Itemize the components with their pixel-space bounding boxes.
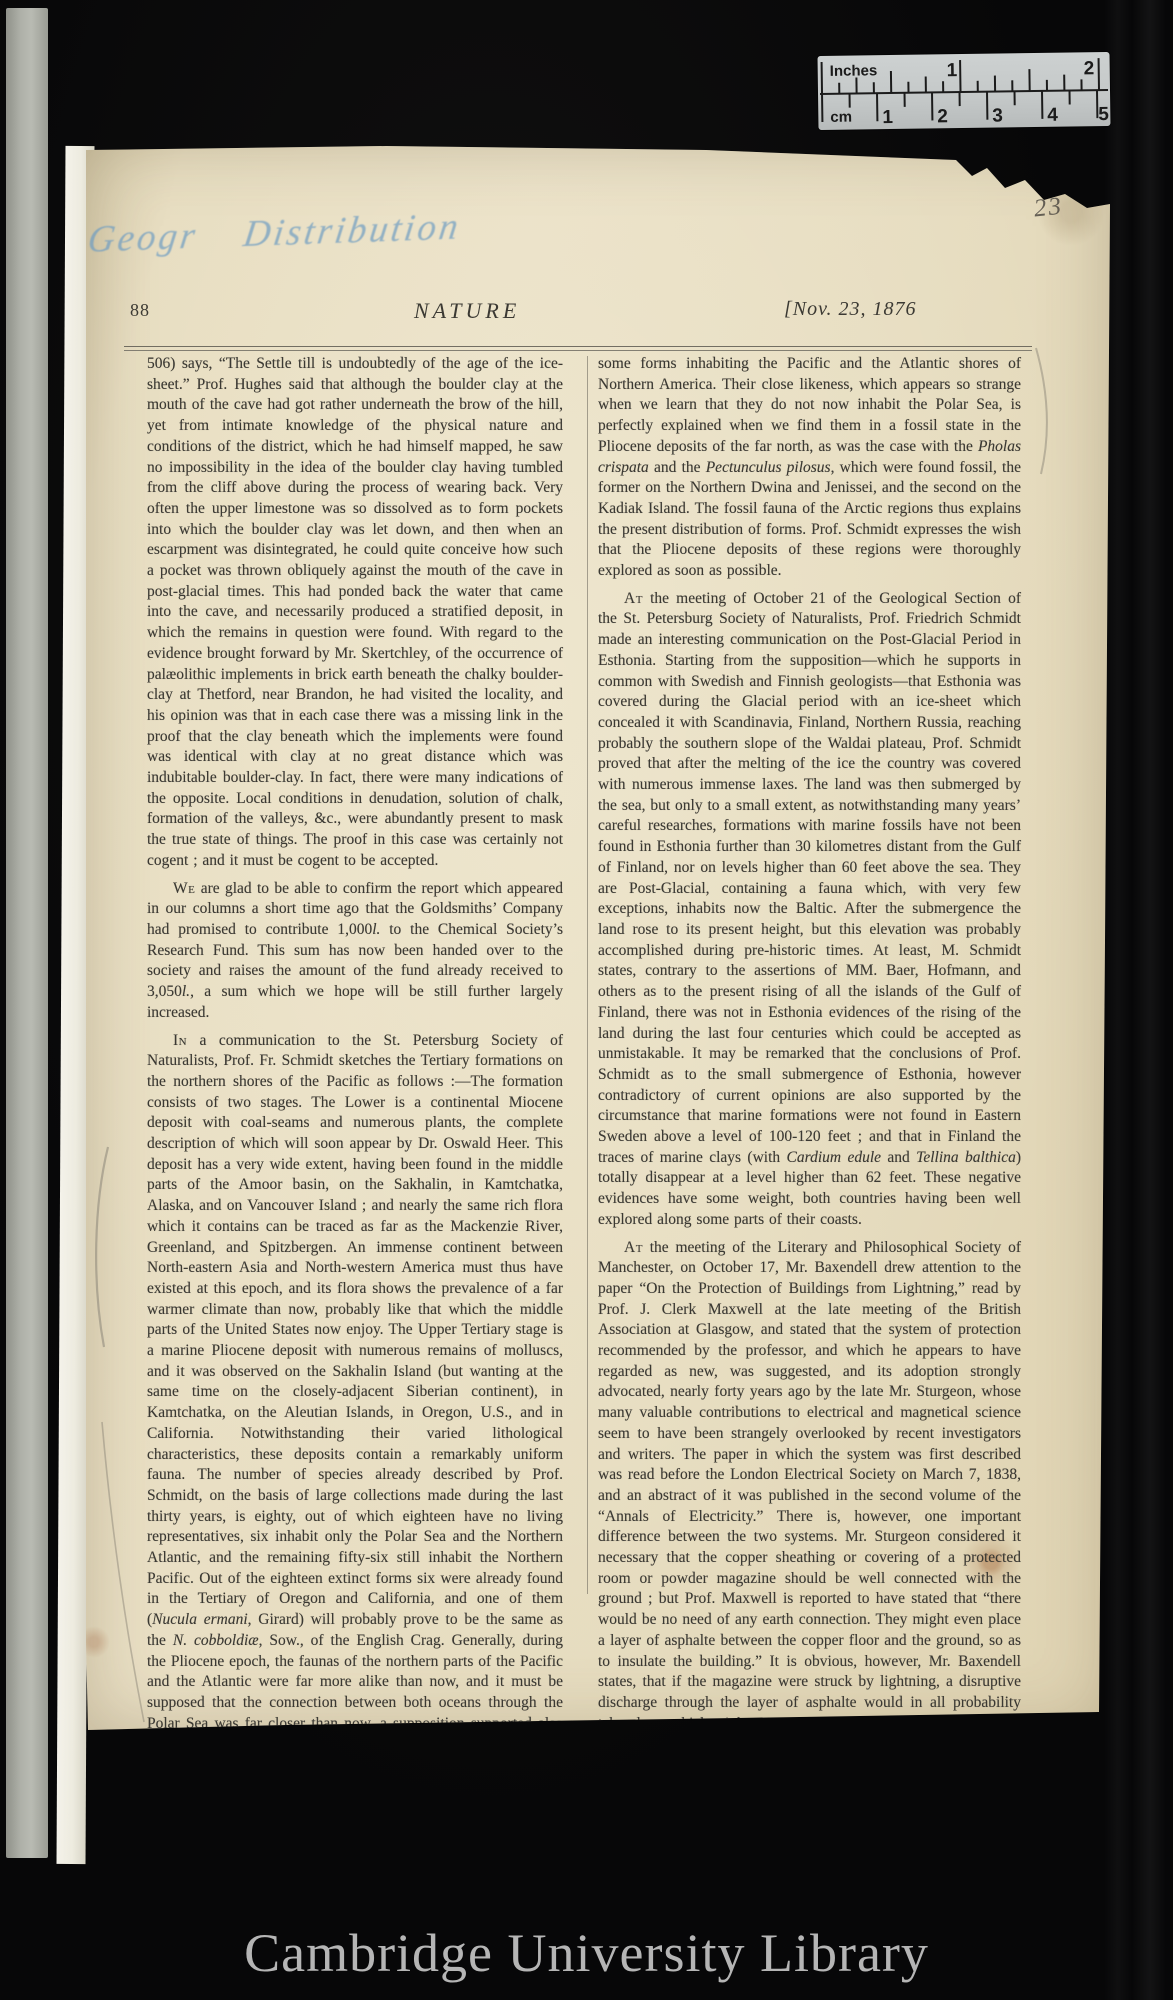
masthead-double-rule — [124, 346, 1032, 351]
ruler-markings: Inches 1 2 cm 1 2 3 4 5 — [817, 52, 1110, 130]
ruler-inches-label: Inches — [830, 62, 878, 80]
scale-ruler-card: Inches 1 2 cm 1 2 3 4 5 — [817, 52, 1110, 130]
pencil-stroke-left-margin — [102, 1422, 144, 1722]
journal-title: NATURE — [414, 298, 520, 324]
paragraph: At the meeting of October 21 of the Geol… — [598, 589, 1021, 1231]
ruler-cm-4: 4 — [1047, 105, 1058, 126]
scanned-journal-page: Geogr Distribution 23 88 NATURE [Nov. 23… — [86, 142, 1110, 1732]
ruler-cm-3: 3 — [992, 105, 1003, 126]
handwritten-annotation: Geogr Distribution — [85, 197, 691, 261]
paragraph: 506) says, “The Settle till is undoubted… — [147, 354, 563, 872]
page-number: 88 — [130, 300, 150, 321]
pencil-bracket-left-margin — [96, 1147, 108, 1347]
pencil-arc-right-margin — [1036, 348, 1047, 474]
column-divider-rule — [587, 356, 588, 1594]
ruler-cm-label: cm — [830, 109, 852, 126]
running-head: 88 NATURE [Nov. 23, 1876 — [86, 298, 1110, 330]
right-text-column: some forms inhabiting the Pacific and th… — [598, 354, 1021, 1741]
paragraph: At the meeting of the Literary and Philo… — [598, 1238, 1021, 1735]
paragraph: In a communication to the St. Petersburg… — [147, 1031, 563, 1756]
left-text-column: 506) says, “The Settle till is undoubted… — [147, 354, 563, 1762]
ruler-cm-5: 5 — [1098, 104, 1109, 125]
issue-date: [Nov. 23, 1876 — [784, 298, 1010, 321]
library-caption: Cambridge University Library — [0, 1922, 1173, 1984]
paragraph: some forms inhabiting the Pacific and th… — [598, 354, 1021, 582]
ruler-cm-2: 2 — [937, 106, 948, 127]
paragraph: We are glad to be able to confirm the re… — [147, 879, 563, 1024]
ruler-inch-2: 2 — [1084, 58, 1095, 79]
ruler-cm-1: 1 — [882, 107, 893, 128]
ruler-inch-1: 1 — [947, 60, 958, 81]
album-page-edge — [6, 8, 48, 1858]
